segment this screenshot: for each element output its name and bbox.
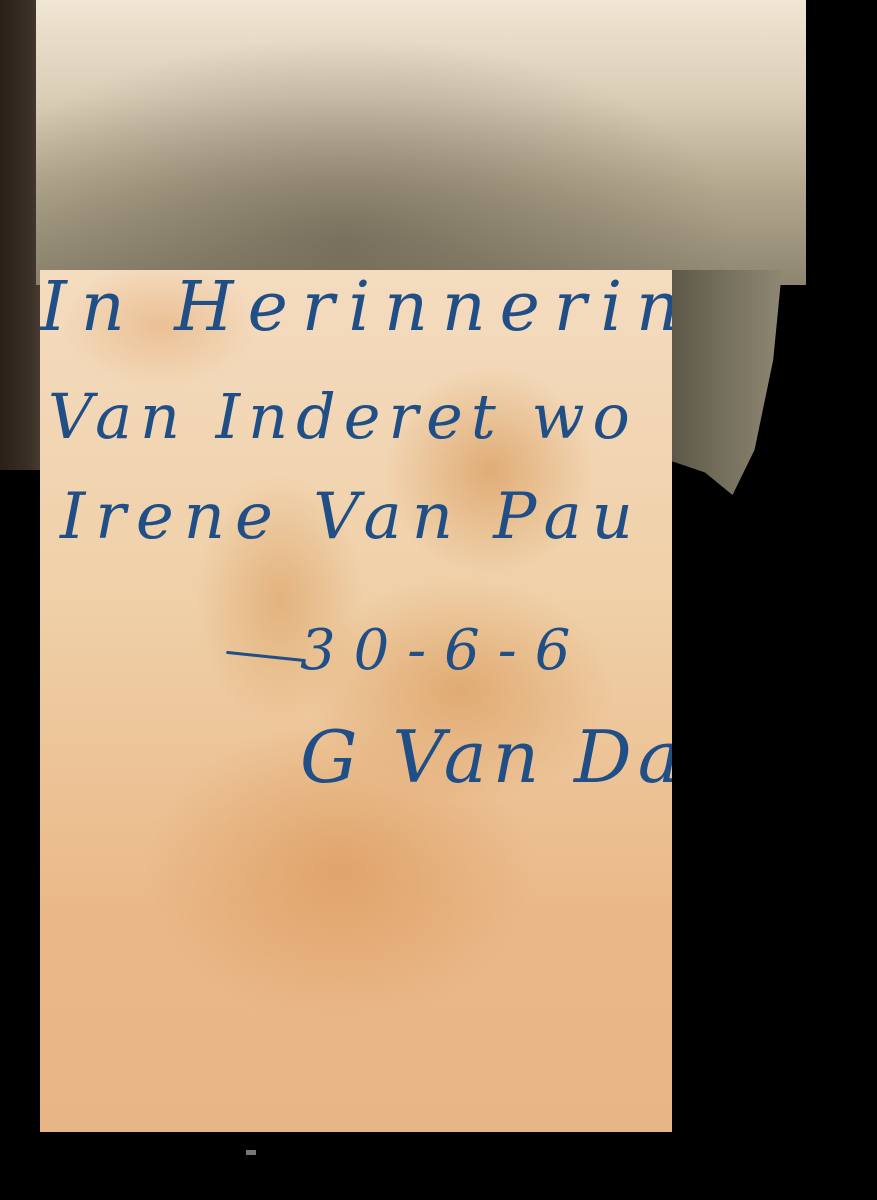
- handwriting-area: In Herinnering Van Inderet wo Irene Van …: [40, 270, 672, 1132]
- handwritten-signature: G Van Day: [300, 715, 672, 799]
- curled-upper-page: [36, 0, 806, 285]
- handwritten-line-3: Irene Van Pau: [60, 480, 643, 554]
- handwritten-line-1: In Herinnering: [40, 270, 672, 347]
- date-dash: [226, 651, 306, 662]
- handwritten-line-2: Van Inderet wo: [48, 380, 638, 453]
- curled-page-edge: [672, 270, 782, 495]
- handwritten-date: 30-6-6: [300, 618, 588, 683]
- scan-speck: [246, 1150, 256, 1155]
